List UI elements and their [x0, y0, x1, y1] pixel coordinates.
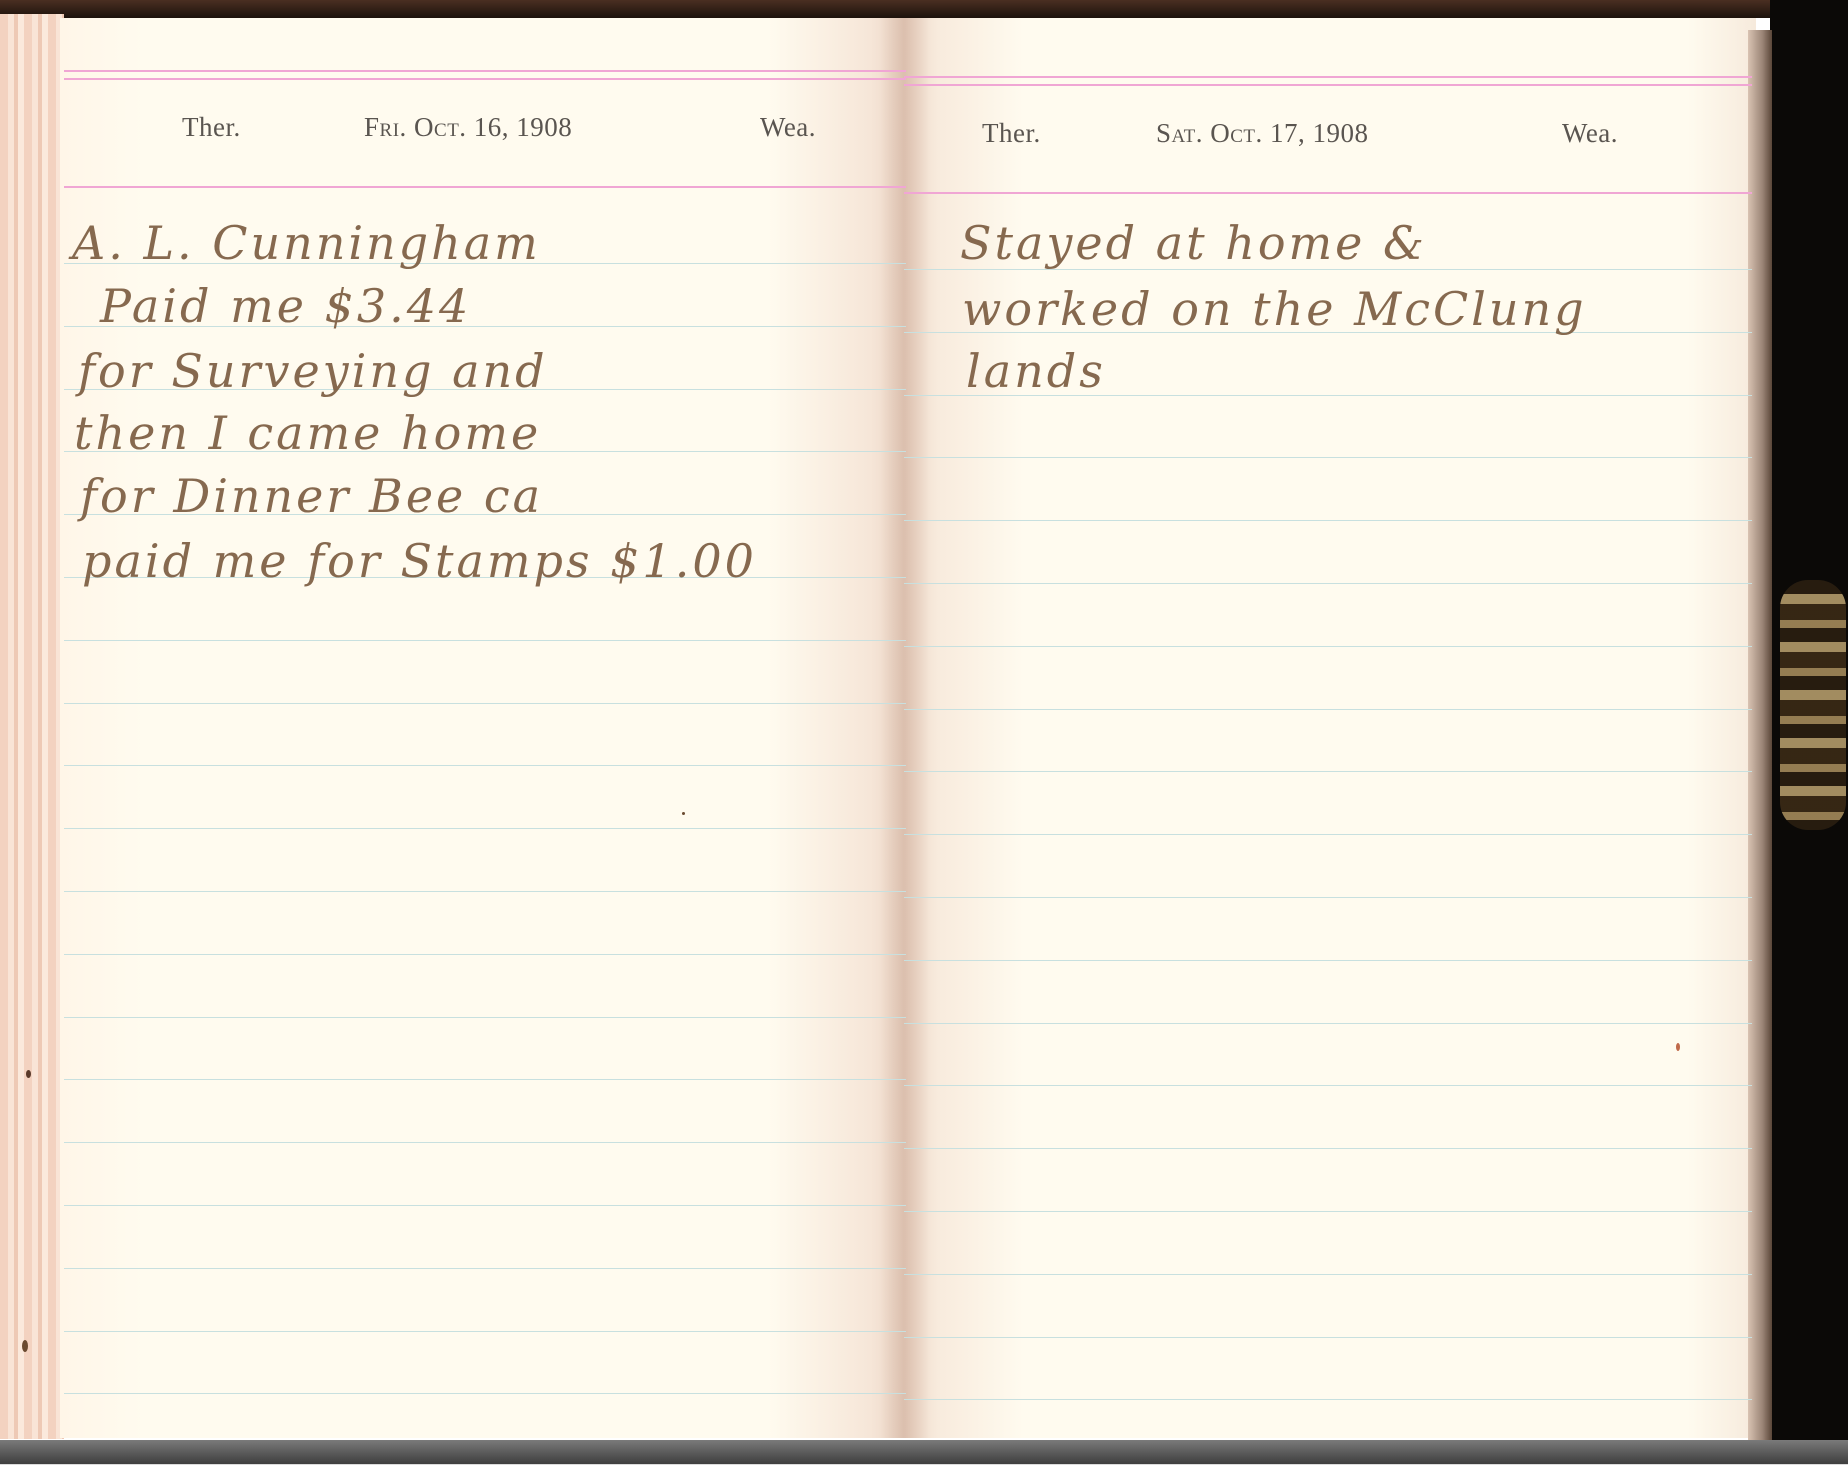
entry-line: Paid me $3.44	[100, 275, 471, 338]
ruled-line	[904, 1399, 1752, 1400]
paper-speck	[26, 1070, 31, 1078]
ruled-line	[904, 583, 1752, 584]
ruled-line	[904, 1148, 1752, 1149]
header-rule-top	[64, 70, 906, 72]
wea-label: Wea.	[760, 112, 816, 143]
ruled-line	[904, 646, 1752, 647]
ruled-line	[904, 771, 1752, 772]
ruled-line	[904, 834, 1752, 835]
page-stack-edges	[0, 14, 64, 1439]
ruled-line	[64, 1268, 906, 1269]
clasp-icon	[1780, 580, 1846, 830]
entry-line: paid me for Stamps $1.00	[82, 530, 757, 593]
entry-line: then I came home	[74, 402, 541, 465]
ruled-line	[904, 457, 1752, 458]
entry-line: worked on the McClung	[962, 278, 1587, 341]
header-rule-top-2-right	[904, 84, 1752, 86]
diary-scan: Ther. Fri. Oct. 16, 1908 Wea. Ther. Sat.…	[0, 0, 1848, 1479]
right-page-header: Ther. Sat. Oct. 17, 1908 Wea.	[904, 118, 1756, 158]
paper-speck	[1676, 1043, 1680, 1051]
entry-line: A. L. Cunningham	[72, 212, 541, 275]
ruled-line	[904, 520, 1752, 521]
paper-speck	[22, 1340, 28, 1352]
page-date: Sat. Oct. 17, 1908	[1156, 118, 1369, 149]
book-cover-bottom	[0, 1440, 1848, 1479]
header-rule-bottom	[64, 186, 906, 188]
ruled-line	[64, 954, 906, 955]
ruled-line	[64, 1079, 906, 1080]
ruled-line	[64, 1205, 906, 1206]
ruled-line	[64, 703, 906, 704]
header-rule-top-2	[64, 78, 906, 80]
page-date: Fri. Oct. 16, 1908	[364, 112, 572, 143]
ruled-line	[904, 1211, 1752, 1212]
header-rule-top-right	[904, 76, 1752, 78]
ruled-line	[904, 897, 1752, 898]
ruled-line	[64, 891, 906, 892]
entry-line: Stayed at home &	[960, 212, 1427, 275]
ruled-line	[904, 709, 1752, 710]
paper-speck	[682, 812, 685, 815]
ruled-line	[64, 1331, 906, 1332]
ruled-line	[64, 1017, 906, 1018]
header-rule-bottom-right	[904, 192, 1752, 194]
entry-line: for Surveying and	[78, 340, 548, 403]
ther-label: Ther.	[982, 118, 1041, 149]
ruled-line	[64, 1393, 906, 1394]
ruled-line	[904, 1337, 1752, 1338]
ruled-line	[904, 1274, 1752, 1275]
ruled-line	[64, 765, 906, 766]
left-page-header: Ther. Fri. Oct. 16, 1908 Wea.	[60, 112, 904, 152]
entry-line: for Dinner Bee ca	[80, 465, 543, 528]
ruled-line	[904, 960, 1752, 961]
book-spine	[880, 18, 930, 1438]
ruled-line	[904, 1085, 1752, 1086]
ruled-line	[64, 640, 906, 641]
right-page-edge	[1748, 30, 1772, 1440]
ruled-line	[64, 828, 906, 829]
entry-line: lands	[966, 340, 1106, 403]
book-cover-top	[0, 0, 1848, 18]
ther-label: Ther.	[182, 112, 241, 143]
ruled-line	[904, 1023, 1752, 1024]
wea-label: Wea.	[1562, 118, 1618, 149]
ruled-line	[64, 1142, 906, 1143]
